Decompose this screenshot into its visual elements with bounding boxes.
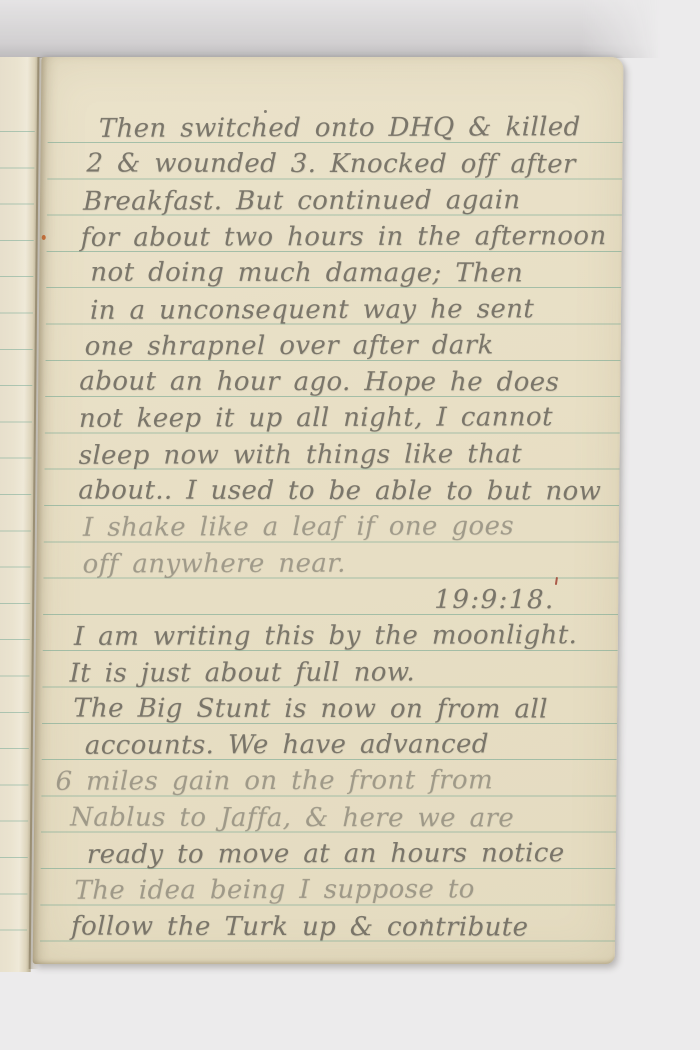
handwritten-line: one shrapnel over after dark <box>85 328 494 363</box>
handwritten-line: I am writing this by the moonlight. <box>74 618 578 654</box>
handwritten-line: about an hour ago. Hope he does <box>79 364 559 399</box>
handwritten-line: Nablus to Jaffa, & here we are <box>70 801 514 836</box>
handwritten-line: It is just about full now. <box>69 655 415 690</box>
handwritten-line: follow the Turk up & contribute <box>71 910 529 945</box>
diary-page: Then switched onto DHQ & killed 2 & woun… <box>33 57 624 964</box>
notebook: Then switched onto DHQ & killed 2 & woun… <box>0 0 700 1050</box>
paper-speck <box>264 110 267 113</box>
handwritten-line: not doing much damage; Then <box>90 256 523 291</box>
handwritten-line: 6 miles gain on the front from <box>55 763 493 799</box>
handwritten-line: accounts. We have advanced <box>85 727 489 762</box>
handwritten-line: off anywhere near. <box>82 547 345 582</box>
handwritten-line: for about two hours in the afternoon <box>81 219 607 255</box>
handwritten-line: about.. I used to be able to but now <box>78 473 601 508</box>
handwritten-line: I shake like a leaf if one goes <box>83 509 514 545</box>
handwritten-line: sleep now with things like that <box>79 437 523 473</box>
handwritten-line: 2 & wounded 3. Knocked off after <box>86 146 576 181</box>
handwritten-line: not keep it up all night, I cannot <box>79 400 553 436</box>
paper-speck <box>425 919 428 922</box>
handwritten-line: The Big Stunt is now on from all <box>73 692 548 727</box>
handwritten-line: in a unconsequent way he sent <box>90 292 534 328</box>
notebook-scan: Then switched onto DHQ & killed 2 & woun… <box>0 0 700 1050</box>
date-heading: 19:9:18. <box>434 583 555 617</box>
handwritten-line: Then switched onto DHQ & killed <box>99 110 581 146</box>
handwritten-line: ready to move at an hours notice <box>87 836 565 872</box>
handwritten-line: The idea being I suppose to <box>74 872 475 907</box>
handwritten-line: Breakfast. But continued again <box>83 183 521 219</box>
